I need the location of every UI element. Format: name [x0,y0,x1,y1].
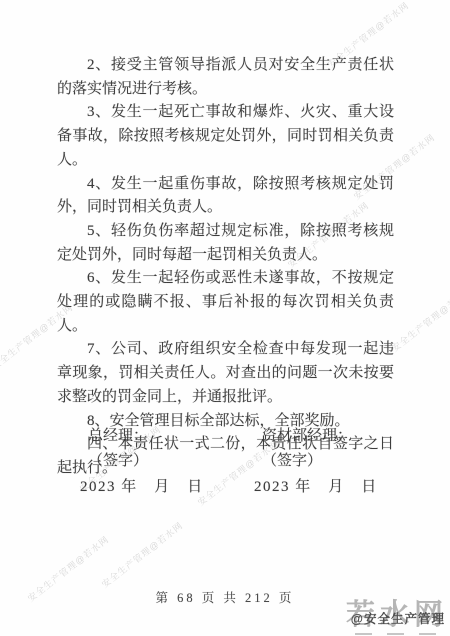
signature-block-materials-dept-manager: 资材部经理： （签字） 2023 年 月 日 [262,424,378,500]
clause-6: 6、发生一起轻伤或恶性未遂事故，不按规定处理的或隐瞒不报、事后补报的每次罚相关负… [57,267,394,338]
page-number: 第 68 页 共 212 页 [156,591,295,605]
diagonal-watermark: 安全生产管理@若水网 [389,283,450,355]
clause-2: 2、接受主管领导指派人员对安全生产责任状的落实情况进行考核。 [57,54,394,101]
signature-title: 总经理： [88,424,204,449]
signature-sign-label: （签字） [262,449,378,474]
signature-block-general-manager: 总经理： （签字） 2023 年 月 日 [88,424,204,500]
signature-sign-label: （签字） [88,449,204,474]
signature-title: 资材部经理： [262,424,378,449]
signature-date: 2023 年 月 日 [80,475,204,500]
document-body: 2、接受主管领导指派人员对安全生产责任状的落实情况进行考核。 3、发生一起死亡事… [57,54,394,481]
clause-3: 3、发生一起死亡事故和爆炸、火灾、重大设备事故，除按照考核规定处罚外，同时罚相关… [57,101,394,172]
clause-4: 4、发生一起重伤事故，除按照考核规定处罚外，同时罚相关负责人。 [57,173,394,220]
diagonal-watermark: 安全生产管理@若水网 [99,519,186,591]
document-page: 安全生产管理@若水网 安全生产管理@若水网 安全生产管理@若水网 安全生产管理@… [0,0,450,636]
logo-underline-marks [355,633,436,635]
signature-date: 2023 年 月 日 [254,475,378,500]
ruoshui-watermark-logo: 若水网 @安全生产管理 [328,596,450,636]
clause-7: 7、公司、政府组织安全检查中每发现一起违章现象，罚相关责任人。对查出的问题一次未… [57,338,394,409]
clause-5: 5、轻伤负伤率超过规定标准，除按照考核规定处罚外，同时每超一起罚相关负责人。 [57,220,394,267]
logo-overlay-text: @安全生产管理 [351,609,445,627]
